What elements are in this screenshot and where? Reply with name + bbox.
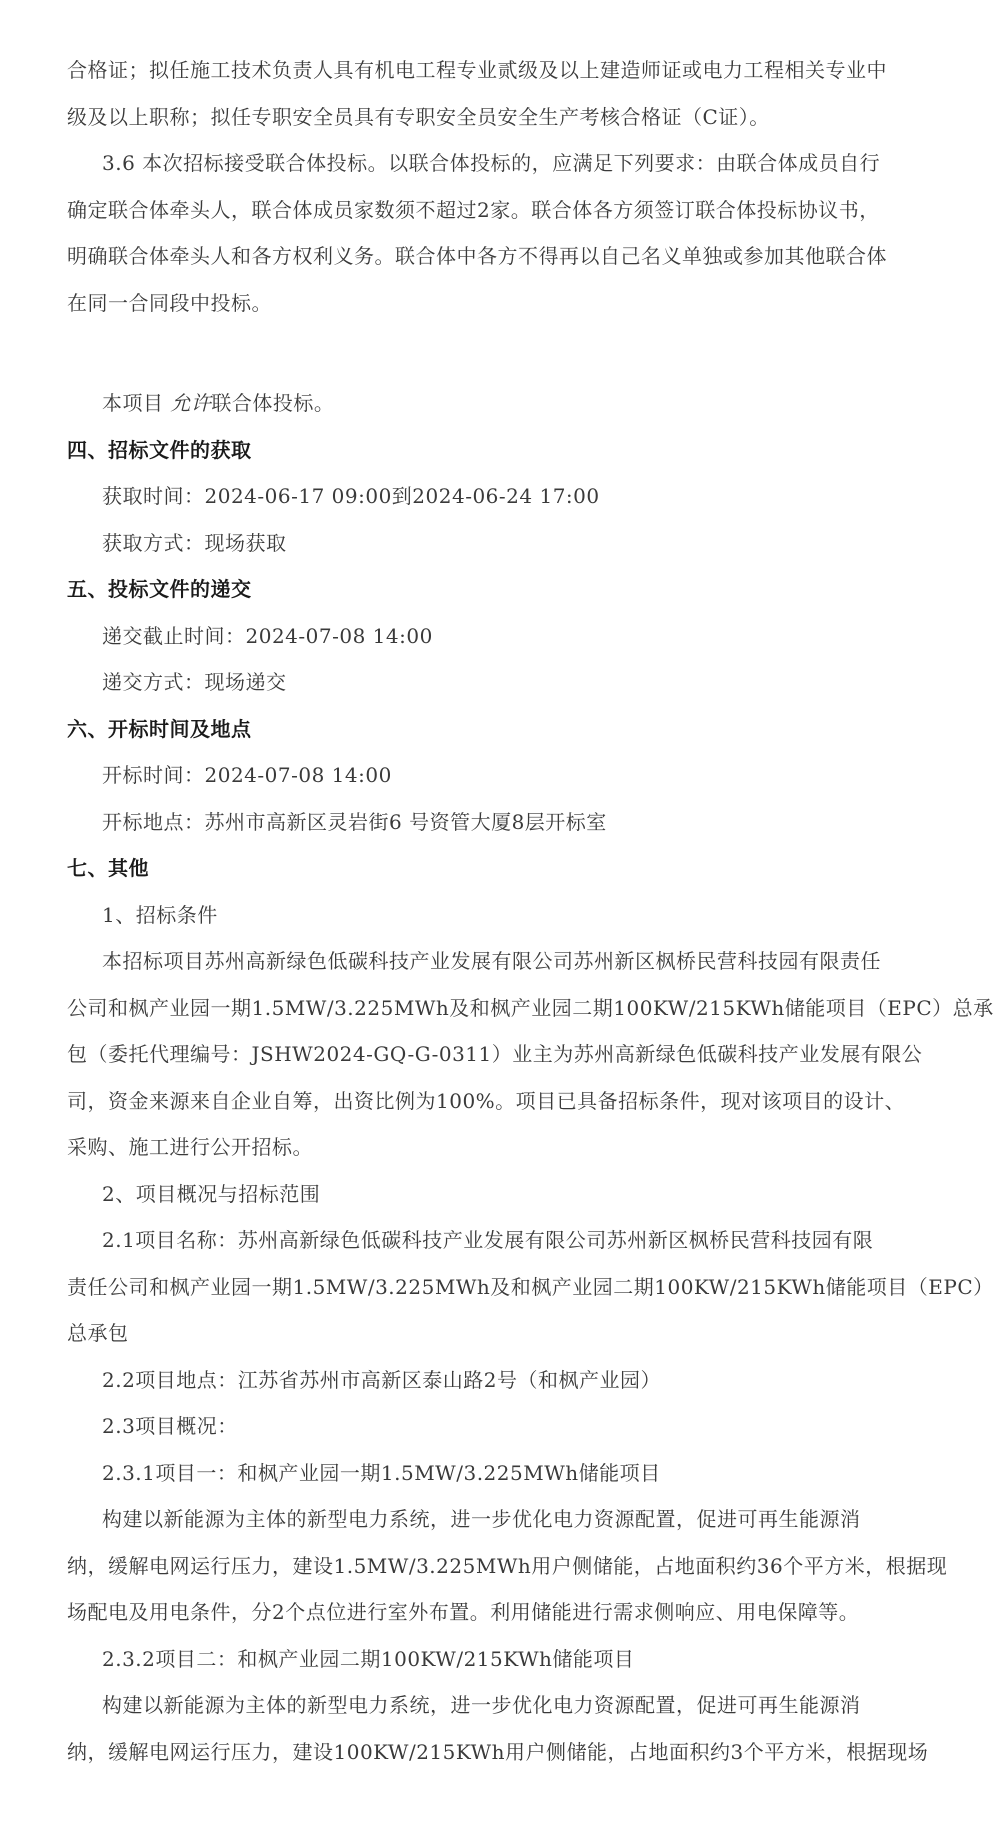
paragraph-line: 2.3项目概况：	[67, 1403, 889, 1450]
paragraph-line: 2.2项目地点：江苏省苏州市高新区泰山路2号（和枫产业园）	[67, 1357, 889, 1404]
paragraph-line: 本招标项目苏州高新绿色低碳科技产业发展有限公司苏州新区枫桥民营科技园有限责任	[67, 938, 889, 985]
paragraph-line: 采购、施工进行公开招标。	[67, 1124, 889, 1171]
paragraph-line: 在同一合同段中投标。	[67, 280, 889, 327]
paragraph-line: 2.3.2项目二：和枫产业园二期100KW/215KWh储能项目	[67, 1636, 889, 1683]
consortium-note-emphasis: 允许	[170, 391, 211, 415]
consortium-note-prefix: 本项目	[102, 391, 170, 415]
subsection-title: 2、项目概况与招标范围	[67, 1171, 889, 1218]
section-heading-obtain-documents: 四、招标文件的获取	[67, 427, 889, 474]
paragraph-line: 构建以新能源为主体的新型电力系统，进一步优化电力资源配置，促进可再生能源消	[67, 1496, 889, 1543]
document-body: 合格证；拟任施工技术负责人具有机电工程专业贰级及以上建造师证或电力工程相关专业中…	[67, 47, 889, 1775]
paragraph-line: 2.3.1项目一：和枫产业园一期1.5MW/3.225MWh储能项目	[67, 1450, 889, 1497]
subsection-title: 1、招标条件	[67, 892, 889, 939]
obtain-method: 获取方式：现场获取	[67, 520, 889, 567]
paragraph-line: 公司和枫产业园一期1.5MW/3.225MWh及和枫产业园二期100KW/215…	[67, 985, 889, 1032]
obtain-time: 获取时间：2024-06-17 09:00到2024-06-24 17:00	[67, 473, 889, 520]
paragraph-line: 构建以新能源为主体的新型电力系统，进一步优化电力资源配置，促进可再生能源消	[67, 1682, 889, 1729]
paragraph-line: 包（委托代理编号：JSHW2024-GQ-G-0311）业主为苏州高新绿色低碳科…	[67, 1031, 889, 1078]
paragraph-line: 确定联合体牵头人，联合体成员家数须不超过2家。联合体各方须签订联合体投标协议书，	[67, 187, 889, 234]
paragraph-line: 司，资金来源来自企业自筹，出资比例为100%。项目已具备招标条件，现对该项目的设…	[67, 1078, 889, 1125]
paragraph-line: 级及以上职称；拟任专职安全员具有专职安全员安全生产考核合格证（C证）。	[67, 94, 889, 141]
paragraph-line: 2.1项目名称：苏州高新绿色低碳科技产业发展有限公司苏州新区枫桥民营科技园有限	[67, 1217, 889, 1264]
section-heading-other: 七、其他	[67, 845, 889, 892]
paragraph-line: 明确联合体牵头人和各方权利义务。联合体中各方不得再以自己名义单独或参加其他联合体	[67, 233, 889, 280]
consortium-note: 本项目 允许联合体投标。	[67, 380, 889, 427]
section-heading-bid-submission: 五、投标文件的递交	[67, 566, 889, 613]
paragraph-line: 责任公司和枫产业园一期1.5MW/3.225MWh及和枫产业园二期100KW/2…	[67, 1264, 889, 1311]
paragraph-line: 场配电及用电条件，分2个点位进行室外布置。利用储能进行需求侧响应、用电保障等。	[67, 1589, 889, 1636]
spacer	[67, 326, 889, 380]
paragraph-line: 3.6 本次招标接受联合体投标。以联合体投标的，应满足下列要求：由联合体成员自行	[67, 140, 889, 187]
paragraph-line: 总承包	[67, 1310, 889, 1357]
opening-location: 开标地点：苏州市高新区灵岩街6 号资管大厦8层开标室	[67, 799, 889, 846]
submission-deadline: 递交截止时间：2024-07-08 14:00	[67, 613, 889, 660]
opening-time: 开标时间：2024-07-08 14:00	[67, 752, 889, 799]
paragraph-line: 合格证；拟任施工技术负责人具有机电工程专业贰级及以上建造师证或电力工程相关专业中	[67, 47, 889, 94]
paragraph-line: 纳，缓解电网运行压力，建设100KW/215KWh用户侧储能，占地面积约3个平方…	[67, 1729, 889, 1776]
submission-method: 递交方式：现场递交	[67, 659, 889, 706]
paragraph-line: 纳，缓解电网运行压力，建设1.5MW/3.225MWh用户侧储能，占地面积约36…	[67, 1543, 889, 1590]
consortium-note-suffix: 联合体投标。	[211, 391, 334, 415]
section-heading-bid-opening: 六、开标时间及地点	[67, 706, 889, 753]
